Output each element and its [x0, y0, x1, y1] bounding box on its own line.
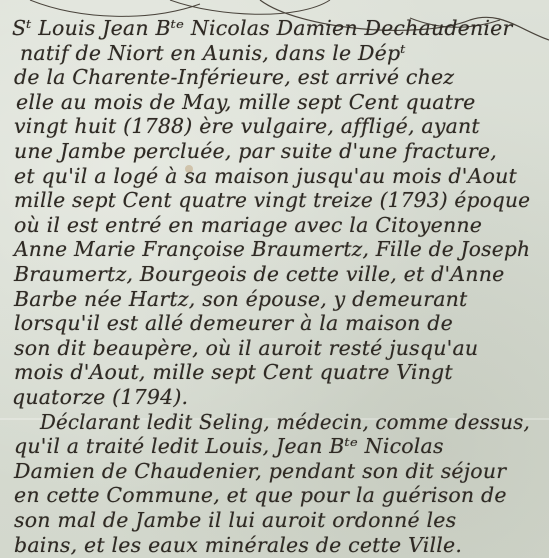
manuscript-line: de la Charente-Inférieure, est arrivé ch…	[14, 65, 454, 89]
manuscript-line: natif de Niort en Aunis, dans le Dépᵗ	[20, 41, 406, 65]
manuscript-line: elle au mois de May, mille sept Cent qua…	[16, 90, 475, 114]
manuscript-line: Déclarant ledit Seling, médecin, comme d…	[40, 410, 530, 434]
manuscript-line: Anne Marie Françoise Braumertz, Fille de…	[14, 237, 530, 261]
manuscript-line: Braumertz, Bourgeois de cette ville, et …	[14, 262, 504, 286]
manuscript-line: lorsqu'il est allé demeurer à la maison …	[14, 311, 453, 335]
manuscript-line: mille sept Cent quatre vingt treize (179…	[14, 188, 530, 212]
manuscript-line: Sᵗ Louis Jean Bᵗᵉ Nicolas Damien Dechaud…	[12, 16, 513, 40]
manuscript-line: son mal de Jambe il lui auroit ordonné l…	[14, 508, 456, 532]
manuscript-line: en cette Commune, et que pour la guériso…	[14, 483, 507, 507]
manuscript-line: qu'il a traité ledit Louis, Jean Bᵗᵉ Nic…	[14, 434, 444, 458]
manuscript-line: Damien de Chaudenier, pendant son dit sé…	[14, 459, 506, 483]
manuscript-line: où il est entré en mariage avec la Citoy…	[14, 213, 482, 237]
manuscript-line: bains, et les eaux minérales de cette Vi…	[14, 533, 462, 557]
manuscript-page: Sᵗ Louis Jean Bᵗᵉ Nicolas Damien Dechaud…	[0, 0, 549, 558]
manuscript-line: et qu'il a logé à sa maison jusqu'au moi…	[14, 164, 517, 188]
manuscript-line: son dit beaupère, où il auroit resté jus…	[14, 336, 478, 360]
manuscript-line: vingt huit (1788) ère vulgaire, affligé,…	[14, 114, 480, 138]
manuscript-line: mois d'Aout, mille sept Cent quatre Ving…	[14, 360, 453, 384]
manuscript-line: quatorze (1794).	[12, 385, 188, 409]
manuscript-line: Barbe née Hartz, son épouse, y demeurant	[14, 287, 467, 311]
manuscript-line: une Jambe percluée, par suite d'une frac…	[14, 139, 497, 163]
